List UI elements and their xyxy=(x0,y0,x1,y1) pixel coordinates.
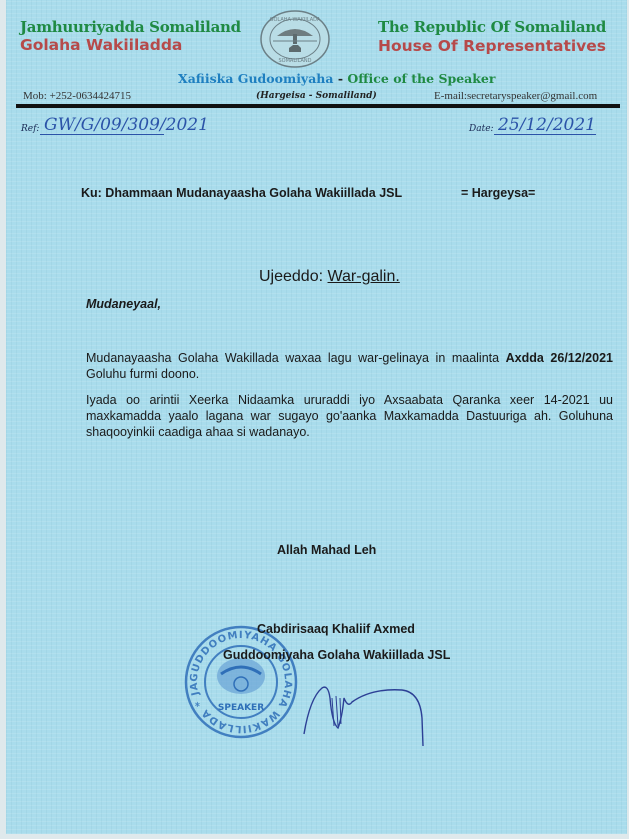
email-address: E-mail:secretaryspeaker@gmail.com xyxy=(434,90,597,102)
salutation: Mudaneyaal, xyxy=(86,297,161,311)
signatory-title: Guddoomiyaha Golaha Wakiillada JSL xyxy=(223,648,450,662)
subject-label: Ujeeddo: xyxy=(259,268,328,285)
date-underline xyxy=(494,134,596,135)
office-somali: Xafiiska Gudoomiyaha xyxy=(178,71,334,86)
office-english: Office of the Speaker xyxy=(347,71,495,86)
signature-icon xyxy=(302,668,432,748)
paragraph-1-end: Goluhu furmi doono. xyxy=(86,367,199,381)
subject-value: War-galin. xyxy=(328,268,400,285)
emblem-icon: GOLAHA WAKIILADA SOMALILAND xyxy=(257,8,333,70)
header-divider xyxy=(16,104,620,108)
ref-underline xyxy=(40,134,164,135)
office-separator: - xyxy=(334,71,348,86)
paragraph-2: Iyada oo arintii Xeerka Nidaamka ururadd… xyxy=(86,392,613,440)
speaker-stamp-icon: GUDDOOMIYAHA GOLAHA WAKIILLADA * JAMHUUR… xyxy=(183,624,299,740)
header-somali-house: Golaha Wakiiladda xyxy=(20,36,182,54)
letter-page: Jamhuuriyadda Somaliland Golaha Wakiilad… xyxy=(6,0,627,834)
stamp-center-text: SPEAKER xyxy=(218,703,264,713)
subject-line: Ujeeddo: War-galin. xyxy=(259,268,400,286)
paragraph-1: Mudanayaasha Golaha Wakillada waxaa lagu… xyxy=(86,350,613,382)
signatory-name: Cabdirisaaq Khaliif Axmed xyxy=(257,622,415,636)
ref-label: Ref: xyxy=(21,124,39,134)
svg-text:SOMALILAND: SOMALILAND xyxy=(278,58,311,64)
svg-text:GOLAHA WAKIILADA: GOLAHA WAKIILADA xyxy=(270,17,321,23)
closing-line: Allah Mahad Leh xyxy=(277,543,376,557)
addressee-location: = Hargeysa= xyxy=(461,186,535,200)
date-value: 25/12/2021 xyxy=(498,115,596,135)
paragraph-1-text: Mudanayaasha Golaha Wakillada waxaa lagu… xyxy=(86,351,506,365)
date-label: Date: xyxy=(469,124,494,134)
ref-number: GW/G/09/309/2021 xyxy=(44,115,209,135)
mobile-number: Mob: +252-0634424715 xyxy=(23,90,131,102)
header-english-country: The Republic Of Somaliland xyxy=(378,18,606,36)
header-english-house: House Of Representatives xyxy=(378,37,606,55)
paragraph-1-date: Axdda 26/12/2021 xyxy=(506,351,613,365)
city-line: (Hargeisa - Somaliland) xyxy=(256,91,377,101)
addressee-line: Ku: Dhammaan Mudanayaasha Golaha Wakiill… xyxy=(81,186,402,200)
office-title: Xafiiska Gudoomiyaha - Office of the Spe… xyxy=(178,71,495,86)
header-somali-country: Jamhuuriyadda Somaliland xyxy=(20,18,241,36)
